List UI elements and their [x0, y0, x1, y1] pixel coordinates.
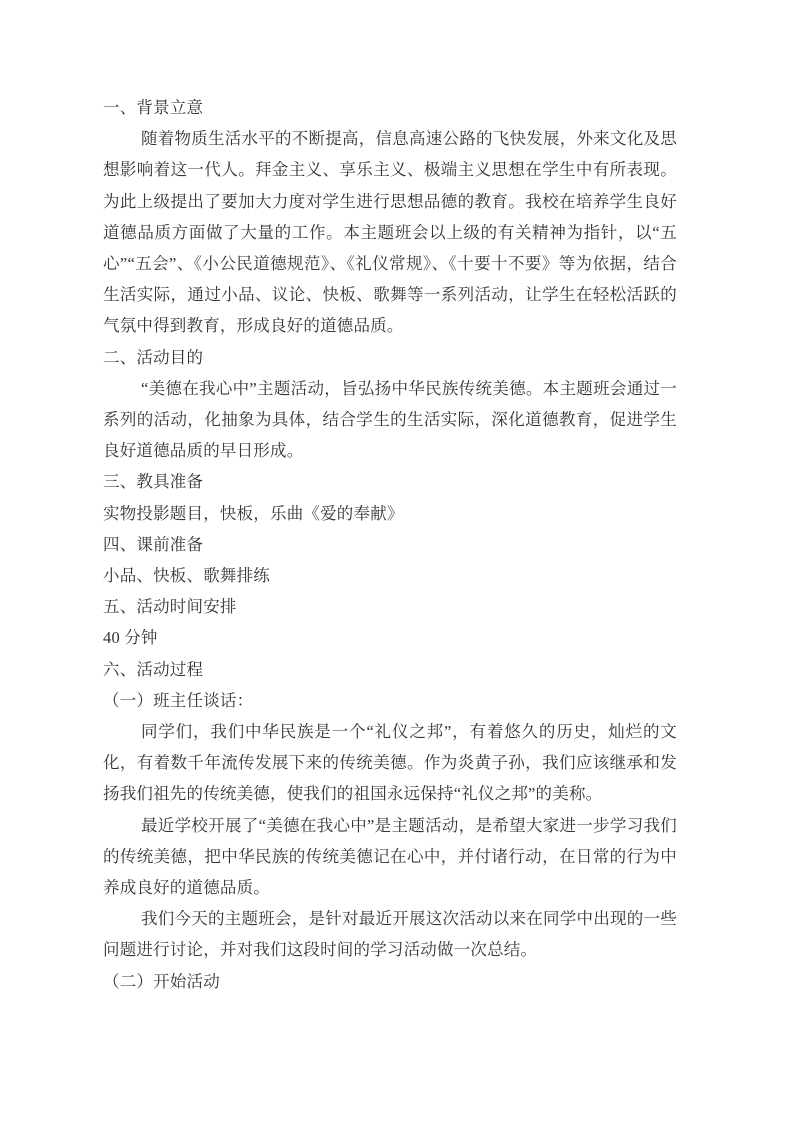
heading-purpose: 二、活动目的 [103, 342, 677, 373]
heading-teaching-aids: 三、教具准备 [103, 466, 677, 497]
para-duration: 40 分钟 [103, 622, 677, 653]
heading-process: 六、活动过程 [103, 654, 677, 685]
para-background: 随着物质生活水平的不断提高，信息高速公路的飞快发展，外来文化及思想影响着这一代人… [103, 123, 677, 341]
para-teacher-talk-2: 最近学校开展了“美德在我心中”是主题活动，是希望大家进一步学习我们的传统美德，把… [103, 810, 677, 904]
para-teacher-talk-1: 同学们，我们中华民族是一个“礼仪之邦”，有着悠久的历史，灿烂的文化，有着数千年流… [103, 716, 677, 810]
heading-time-arrangement: 五、活动时间安排 [103, 591, 677, 622]
para-purpose: “美德在我心中”主题活动，旨弘扬中华民族传统美德。本主题班会通过一系列的活动，化… [103, 373, 677, 467]
para-teacher-talk-3: 我们今天的主题班会，是针对最近开展这次活动以来在同学中出现的一些问题进行讨论，并… [103, 903, 677, 965]
document-body: 一、背景立意 随着物质生活水平的不断提高，信息高速公路的飞快发展，外来文化及思想… [103, 92, 677, 997]
para-teaching-aids: 实物投影题目，快板，乐曲《爱的奉献》 [103, 498, 677, 529]
heading-background: 一、背景立意 [103, 92, 677, 123]
document-page: 一、背景立意 随着物质生活水平的不断提高，信息高速公路的飞快发展，外来文化及思想… [0, 0, 793, 1122]
para-teacher-talk-label: （一）班主任谈话： [103, 685, 677, 716]
heading-pre-class-prep: 四、课前准备 [103, 529, 677, 560]
para-pre-class-prep: 小品、快板、歌舞排练 [103, 560, 677, 591]
para-start-activity: （二）开始活动 [103, 966, 677, 997]
